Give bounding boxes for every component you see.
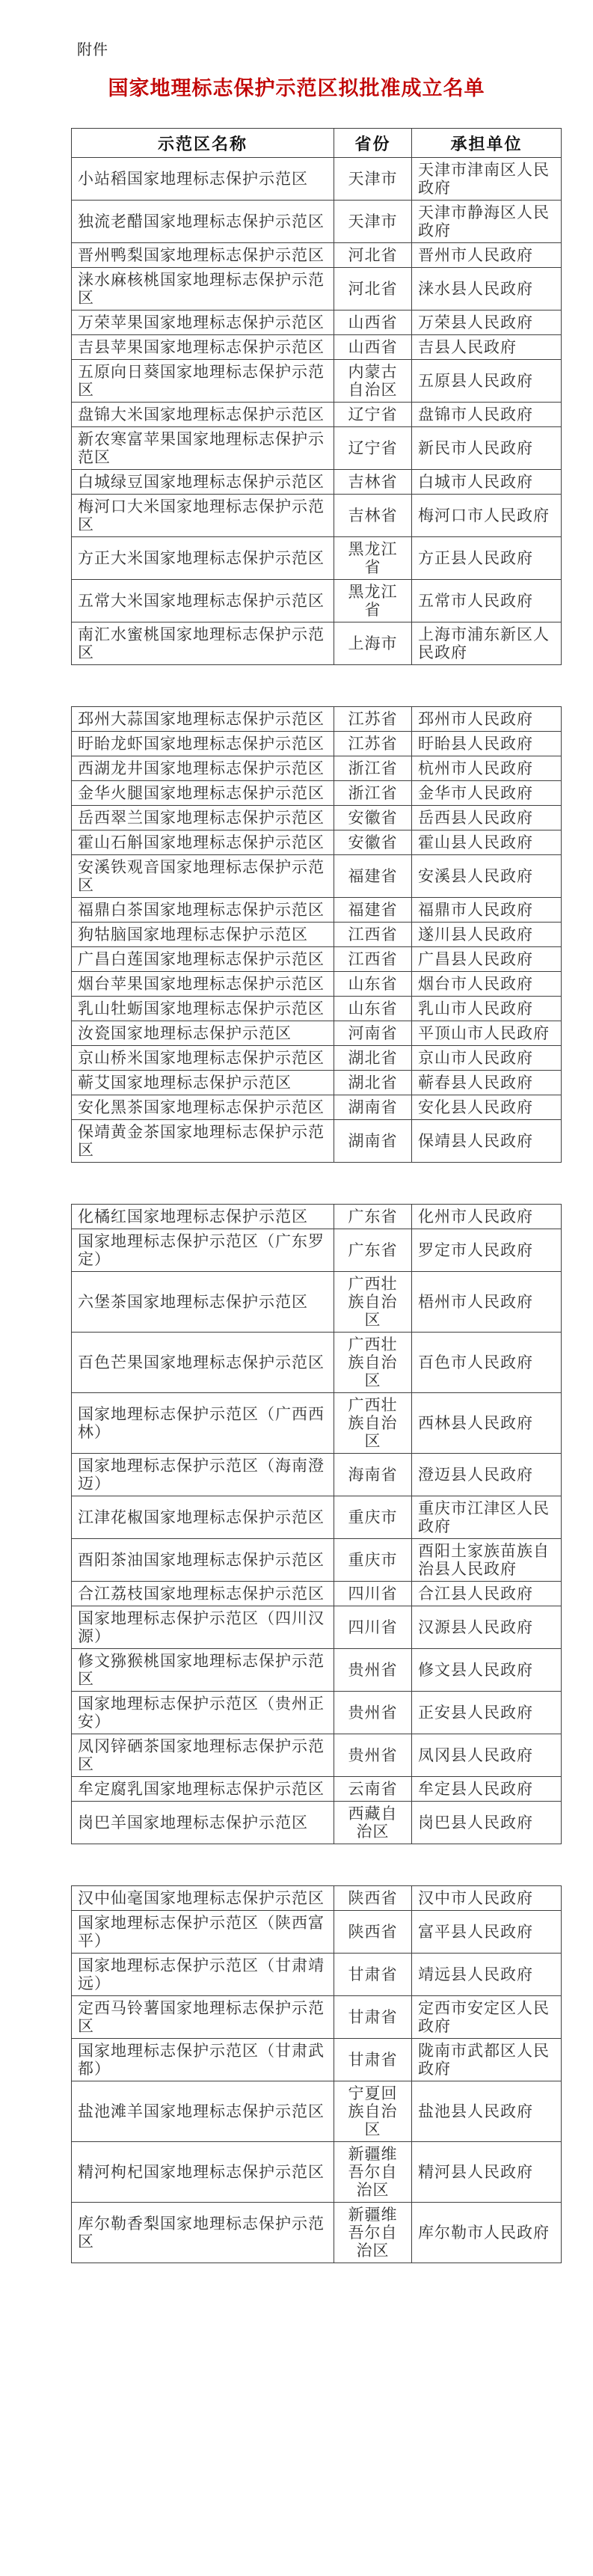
province-cell: 甘肃省 [334,2039,412,2081]
province-cell: 广西壮族自治区 [334,1272,412,1333]
table-row: 西湖龙井国家地理标志保护示范区浙江省杭州市人民政府 [72,756,562,781]
unit-cell: 酉阳土家族苗族自治县人民政府 [412,1539,562,1582]
province-cell: 河南省 [334,1021,412,1046]
table-row: 盐池滩羊国家地理标志保护示范区宁夏回族自治区盐池县人民政府 [72,2081,562,2142]
province-cell: 黑龙江省 [334,537,412,580]
province-cell: 湖北省 [334,1046,412,1071]
province-cell: 四川省 [334,1582,412,1606]
zone-name-cell: 独流老醋国家地理标志保护示范区 [72,201,334,243]
zone-name-cell: 国家地理标志保护示范区（四川汉源） [72,1606,334,1649]
unit-cell: 平顶山市人民政府 [412,1021,562,1046]
zone-name-cell: 国家地理标志保护示范区（甘肃武都） [72,2039,334,2081]
province-cell: 宁夏回族自治区 [334,2081,412,2142]
unit-cell: 百色市人民政府 [412,1333,562,1393]
table-row: 六堡茶国家地理标志保护示范区广西壮族自治区梧州市人民政府 [72,1272,562,1333]
zone-name-cell: 安溪铁观音国家地理标志保护示范区 [72,855,334,898]
province-cell: 吉林省 [334,470,412,495]
unit-cell: 修文县人民政府 [412,1649,562,1692]
table-row: 涞水麻核桃国家地理标志保护示范区河北省涞水县人民政府 [72,268,562,310]
table-row: 安溪铁观音国家地理标志保护示范区福建省安溪县人民政府 [72,855,562,898]
zone-name-cell: 晋州鸭梨国家地理标志保护示范区 [72,243,334,268]
table-row: 方正大米国家地理标志保护示范区黑龙江省方正县人民政府 [72,537,562,580]
unit-cell: 汉源县人民政府 [412,1606,562,1649]
unit-cell: 杭州市人民政府 [412,756,562,781]
table-row: 小站稻国家地理标志保护示范区天津市天津市津南区人民政府 [72,158,562,201]
zone-name-cell: 白城绿豆国家地理标志保护示范区 [72,470,334,495]
unit-cell: 合江县人民政府 [412,1582,562,1606]
unit-cell: 牟定县人民政府 [412,1777,562,1802]
unit-cell: 保靖县人民政府 [412,1120,562,1163]
unit-cell: 汉中市人民政府 [412,1886,562,1911]
table-row: 盱眙龙虾国家地理标志保护示范区江苏省盱眙县人民政府 [72,732,562,756]
table-row: 凤冈锌硒茶国家地理标志保护示范区贵州省凤冈县人民政府 [72,1734,562,1777]
province-cell: 辽宁省 [334,427,412,470]
province-cell: 贵州省 [334,1734,412,1777]
province-cell: 福建省 [334,898,412,923]
table-row: 乳山牡蛎国家地理标志保护示范区山东省乳山市人民政府 [72,997,562,1021]
zone-name-cell: 修文猕猴桃国家地理标志保护示范区 [72,1649,334,1692]
table-row: 国家地理标志保护示范区（贵州正安）贵州省正安县人民政府 [72,1692,562,1734]
zone-name-cell: 京山桥米国家地理标志保护示范区 [72,1046,334,1071]
province-cell: 河北省 [334,243,412,268]
zone-name-cell: 酉阳茶油国家地理标志保护示范区 [72,1539,334,1582]
zone-name-cell: 国家地理标志保护示范区（甘肃靖远） [72,1954,334,1996]
province-cell: 贵州省 [334,1692,412,1734]
province-cell: 重庆市 [334,1539,412,1582]
unit-cell: 正安县人民政府 [412,1692,562,1734]
unit-cell: 梅河口市人民政府 [412,495,562,537]
province-cell: 甘肃省 [334,1954,412,1996]
province-cell: 湖南省 [334,1120,412,1163]
province-cell: 辽宁省 [334,403,412,427]
unit-cell: 精河县人民政府 [412,2142,562,2203]
unit-cell: 万荣县人民政府 [412,310,562,335]
unit-cell: 靖远县人民政府 [412,1954,562,1996]
province-cell: 云南省 [334,1777,412,1802]
unit-cell: 盐池县人民政府 [412,2081,562,2142]
zone-name-cell: 汝瓷国家地理标志保护示范区 [72,1021,334,1046]
unit-cell: 白城市人民政府 [412,470,562,495]
unit-cell: 凤冈县人民政府 [412,1734,562,1777]
zone-name-cell: 五原向日葵国家地理标志保护示范区 [72,360,334,403]
table-row: 福鼎白茶国家地理标志保护示范区福建省福鼎市人民政府 [72,898,562,923]
unit-cell: 五常市人民政府 [412,580,562,622]
zone-name-cell: 国家地理标志保护示范区（贵州正安） [72,1692,334,1734]
zone-name-cell: 五常大米国家地理标志保护示范区 [72,580,334,622]
province-cell: 新疆维吾尔自治区 [334,2142,412,2203]
table-row: 酉阳茶油国家地理标志保护示范区重庆市酉阳土家族苗族自治县人民政府 [72,1539,562,1582]
zone-name-cell: 安化黑茶国家地理标志保护示范区 [72,1095,334,1120]
table-row: 吉县苹果国家地理标志保护示范区山西省吉县人民政府 [72,335,562,360]
zone-name-cell: 蕲艾国家地理标志保护示范区 [72,1071,334,1095]
unit-cell: 吉县人民政府 [412,335,562,360]
province-cell: 江苏省 [334,732,412,756]
table-row: 广昌白莲国家地理标志保护示范区江西省广昌县人民政府 [72,947,562,972]
table-row: 化橘红国家地理标志保护示范区广东省化州市人民政府 [72,1205,562,1229]
province-cell: 新疆维吾尔自治区 [334,2203,412,2263]
zone-name-column-header: 示范区名称 [72,129,334,158]
zone-name-cell: 乳山牡蛎国家地理标志保护示范区 [72,997,334,1021]
unit-cell: 岗巴县人民政府 [412,1802,562,1844]
unit-cell: 天津市津南区人民政府 [412,158,562,201]
table-row: 南汇水蜜桃国家地理标志保护示范区上海市上海市浦东新区人民政府 [72,622,562,665]
unit-cell: 晋州市人民政府 [412,243,562,268]
table-row: 国家地理标志保护示范区（海南澄迈）海南省澄迈县人民政府 [72,1454,562,1496]
zone-name-cell: 岳西翠兰国家地理标志保护示范区 [72,806,334,830]
province-cell: 江西省 [334,947,412,972]
province-cell: 广西壮族自治区 [334,1333,412,1393]
province-cell: 黑龙江省 [334,580,412,622]
zone-name-cell: 广昌白莲国家地理标志保护示范区 [72,947,334,972]
table-row: 国家地理标志保护示范区（广西西林）广西壮族自治区西林县人民政府 [72,1393,562,1454]
zone-name-cell: 烟台苹果国家地理标志保护示范区 [72,972,334,997]
zone-name-cell: 小站稻国家地理标志保护示范区 [72,158,334,201]
province-cell: 广西壮族自治区 [334,1393,412,1454]
province-cell: 广东省 [334,1229,412,1272]
unit-cell: 福鼎市人民政府 [412,898,562,923]
province-cell: 山西省 [334,335,412,360]
unit-cell: 罗定市人民政府 [412,1229,562,1272]
province-cell: 山东省 [334,972,412,997]
unit-cell: 岳西县人民政府 [412,806,562,830]
province-cell: 山东省 [334,997,412,1021]
unit-cell: 天津市静海区人民政府 [412,201,562,243]
province-cell: 西藏自治区 [334,1802,412,1844]
unit-cell: 盘锦市人民政府 [412,403,562,427]
table-row: 独流老醋国家地理标志保护示范区天津市天津市静海区人民政府 [72,201,562,243]
zone-name-cell: 吉县苹果国家地理标志保护示范区 [72,335,334,360]
table-row: 晋州鸭梨国家地理标志保护示范区河北省晋州市人民政府 [72,243,562,268]
table-row: 岳西翠兰国家地理标志保护示范区安徽省岳西县人民政府 [72,806,562,830]
zone-name-cell: 国家地理标志保护示范区（海南澄迈） [72,1454,334,1496]
zone-name-cell: 凤冈锌硒茶国家地理标志保护示范区 [72,1734,334,1777]
province-cell: 甘肃省 [334,1996,412,2039]
province-cell: 天津市 [334,158,412,201]
province-cell: 河北省 [334,268,412,310]
province-cell: 重庆市 [334,1496,412,1539]
table-row: 保靖黄金茶国家地理标志保护示范区湖南省保靖县人民政府 [72,1120,562,1163]
unit-cell: 金华市人民政府 [412,781,562,806]
zone-name-cell: 岗巴羊国家地理标志保护示范区 [72,1802,334,1844]
gi-table-part-2: 邳州大蒜国家地理标志保护示范区江苏省邳州市人民政府盱眙龙虾国家地理标志保护示范区… [71,706,562,1163]
table-row: 狗牯脑国家地理标志保护示范区江西省遂川县人民政府 [72,923,562,947]
unit-cell: 库尔勒市人民政府 [412,2203,562,2263]
table-sections: 示范区名称省份承担单位小站稻国家地理标志保护示范区天津市天津市津南区人民政府独流… [0,128,593,2263]
table-row: 合江荔枝国家地理标志保护示范区四川省合江县人民政府 [72,1582,562,1606]
zone-name-cell: 精河枸杞国家地理标志保护示范区 [72,2142,334,2203]
unit-cell: 盱眙县人民政府 [412,732,562,756]
zone-name-cell: 梅河口大米国家地理标志保护示范区 [72,495,334,537]
zone-name-cell: 化橘红国家地理标志保护示范区 [72,1205,334,1229]
unit-cell: 霍山县人民政府 [412,830,562,855]
province-cell: 湖南省 [334,1095,412,1120]
unit-cell: 定西市安定区人民政府 [412,1996,562,2039]
province-column-header: 省份 [334,129,412,158]
zone-name-cell: 合江荔枝国家地理标志保护示范区 [72,1582,334,1606]
zone-name-cell: 方正大米国家地理标志保护示范区 [72,537,334,580]
table-row: 修文猕猴桃国家地理标志保护示范区贵州省修文县人民政府 [72,1649,562,1692]
table-row: 五原向日葵国家地理标志保护示范区内蒙古自治区五原县人民政府 [72,360,562,403]
table-row: 岗巴羊国家地理标志保护示范区西藏自治区岗巴县人民政府 [72,1802,562,1844]
zone-name-cell: 盘锦大米国家地理标志保护示范区 [72,403,334,427]
province-cell: 广东省 [334,1205,412,1229]
table-row: 汉中仙毫国家地理标志保护示范区陕西省汉中市人民政府 [72,1886,562,1911]
zone-name-cell: 万荣苹果国家地理标志保护示范区 [72,310,334,335]
zone-name-cell: 牟定腐乳国家地理标志保护示范区 [72,1777,334,1802]
unit-column-header: 承担单位 [412,129,562,158]
table-row: 邳州大蒜国家地理标志保护示范区江苏省邳州市人民政府 [72,707,562,732]
unit-cell: 重庆市江津区人民政府 [412,1496,562,1539]
table-row: 白城绿豆国家地理标志保护示范区吉林省白城市人民政府 [72,470,562,495]
table-row: 国家地理标志保护示范区（陕西富平）陕西省富平县人民政府 [72,1911,562,1954]
table-row: 五常大米国家地理标志保护示范区黑龙江省五常市人民政府 [72,580,562,622]
zone-name-cell: 库尔勒香梨国家地理标志保护示范区 [72,2203,334,2263]
zone-name-cell: 金华火腿国家地理标志保护示范区 [72,781,334,806]
table-row: 安化黑茶国家地理标志保护示范区湖南省安化县人民政府 [72,1095,562,1120]
table-row: 国家地理标志保护示范区（甘肃武都）甘肃省陇南市武都区人民政府 [72,2039,562,2081]
zone-name-cell: 国家地理标志保护示范区（广西西林） [72,1393,334,1454]
table-row: 京山桥米国家地理标志保护示范区湖北省京山市人民政府 [72,1046,562,1071]
unit-cell: 澄迈县人民政府 [412,1454,562,1496]
province-cell: 浙江省 [334,781,412,806]
zone-name-cell: 涞水麻核桃国家地理标志保护示范区 [72,268,334,310]
table-row: 精河枸杞国家地理标志保护示范区新疆维吾尔自治区精河县人民政府 [72,2142,562,2203]
province-cell: 上海市 [334,622,412,665]
table-row: 霍山石斛国家地理标志保护示范区安徽省霍山县人民政府 [72,830,562,855]
table-row: 国家地理标志保护示范区（甘肃靖远）甘肃省靖远县人民政府 [72,1954,562,1996]
document-page: 附件 国家地理标志保护示范区拟批准成立名单 示范区名称省份承担单位小站稻国家地理… [0,0,593,2263]
unit-cell: 邳州市人民政府 [412,707,562,732]
zone-name-cell: 南汇水蜜桃国家地理标志保护示范区 [72,622,334,665]
zone-name-cell: 六堡茶国家地理标志保护示范区 [72,1272,334,1333]
table-header-row: 示范区名称省份承担单位 [72,129,562,158]
unit-cell: 涞水县人民政府 [412,268,562,310]
unit-cell: 化州市人民政府 [412,1205,562,1229]
zone-name-cell: 福鼎白茶国家地理标志保护示范区 [72,898,334,923]
table-row: 汝瓷国家地理标志保护示范区河南省平顶山市人民政府 [72,1021,562,1046]
province-cell: 陕西省 [334,1886,412,1911]
unit-cell: 烟台市人民政府 [412,972,562,997]
zone-name-cell: 邳州大蒜国家地理标志保护示范区 [72,707,334,732]
province-cell: 江西省 [334,923,412,947]
province-cell: 浙江省 [334,756,412,781]
unit-cell: 乳山市人民政府 [412,997,562,1021]
province-cell: 陕西省 [334,1911,412,1954]
unit-cell: 富平县人民政府 [412,1911,562,1954]
table-row: 金华火腿国家地理标志保护示范区浙江省金华市人民政府 [72,781,562,806]
province-cell: 安徽省 [334,806,412,830]
gi-table-part-1: 示范区名称省份承担单位小站稻国家地理标志保护示范区天津市天津市津南区人民政府独流… [71,128,562,665]
unit-cell: 上海市浦东新区人民政府 [412,622,562,665]
unit-cell: 方正县人民政府 [412,537,562,580]
table-row: 百色芒果国家地理标志保护示范区广西壮族自治区百色市人民政府 [72,1333,562,1393]
table-row: 蕲艾国家地理标志保护示范区湖北省蕲春县人民政府 [72,1071,562,1095]
attachment-label: 附件 [77,0,593,59]
unit-cell: 蕲春县人民政府 [412,1071,562,1095]
province-cell: 福建省 [334,855,412,898]
table-row: 牟定腐乳国家地理标志保护示范区云南省牟定县人民政府 [72,1777,562,1802]
table-row: 盘锦大米国家地理标志保护示范区辽宁省盘锦市人民政府 [72,403,562,427]
table-row: 万荣苹果国家地理标志保护示范区山西省万荣县人民政府 [72,310,562,335]
province-cell: 山西省 [334,310,412,335]
zone-name-cell: 江津花椒国家地理标志保护示范区 [72,1496,334,1539]
unit-cell: 遂川县人民政府 [412,923,562,947]
table-row: 梅河口大米国家地理标志保护示范区吉林省梅河口市人民政府 [72,495,562,537]
table-row: 新农寒富苹果国家地理标志保护示范区辽宁省新民市人民政府 [72,427,562,470]
zone-name-cell: 新农寒富苹果国家地理标志保护示范区 [72,427,334,470]
zone-name-cell: 霍山石斛国家地理标志保护示范区 [72,830,334,855]
zone-name-cell: 百色芒果国家地理标志保护示范区 [72,1333,334,1393]
table-row: 库尔勒香梨国家地理标志保护示范区新疆维吾尔自治区库尔勒市人民政府 [72,2203,562,2263]
unit-cell: 梧州市人民政府 [412,1272,562,1333]
gi-table-part-4: 汉中仙毫国家地理标志保护示范区陕西省汉中市人民政府国家地理标志保护示范区（陕西富… [71,1885,562,2263]
province-cell: 内蒙古自治区 [334,360,412,403]
zone-name-cell: 西湖龙井国家地理标志保护示范区 [72,756,334,781]
province-cell: 江苏省 [334,707,412,732]
province-cell: 贵州省 [334,1649,412,1692]
table-row: 国家地理标志保护示范区（四川汉源）四川省汉源县人民政府 [72,1606,562,1649]
zone-name-cell: 定西马铃薯国家地理标志保护示范区 [72,1996,334,2039]
province-cell: 海南省 [334,1454,412,1496]
unit-cell: 西林县人民政府 [412,1393,562,1454]
zone-name-cell: 狗牯脑国家地理标志保护示范区 [72,923,334,947]
unit-cell: 广昌县人民政府 [412,947,562,972]
table-row: 江津花椒国家地理标志保护示范区重庆市重庆市江津区人民政府 [72,1496,562,1539]
zone-name-cell: 汉中仙毫国家地理标志保护示范区 [72,1886,334,1911]
unit-cell: 京山市人民政府 [412,1046,562,1071]
zone-name-cell: 保靖黄金茶国家地理标志保护示范区 [72,1120,334,1163]
unit-cell: 新民市人民政府 [412,427,562,470]
unit-cell: 安溪县人民政府 [412,855,562,898]
table-row: 烟台苹果国家地理标志保护示范区山东省烟台市人民政府 [72,972,562,997]
table-row: 国家地理标志保护示范区（广东罗定）广东省罗定市人民政府 [72,1229,562,1272]
province-cell: 安徽省 [334,830,412,855]
zone-name-cell: 盱眙龙虾国家地理标志保护示范区 [72,732,334,756]
page-title: 国家地理标志保护示范区拟批准成立名单 [0,72,593,101]
zone-name-cell: 国家地理标志保护示范区（陕西富平） [72,1911,334,1954]
unit-cell: 陇南市武都区人民政府 [412,2039,562,2081]
zone-name-cell: 国家地理标志保护示范区（广东罗定） [72,1229,334,1272]
zone-name-cell: 盐池滩羊国家地理标志保护示范区 [72,2081,334,2142]
gi-table-part-3: 化橘红国家地理标志保护示范区广东省化州市人民政府国家地理标志保护示范区（广东罗定… [71,1204,562,1844]
unit-cell: 安化县人民政府 [412,1095,562,1120]
province-cell: 天津市 [334,201,412,243]
province-cell: 湖北省 [334,1071,412,1095]
province-cell: 四川省 [334,1606,412,1649]
province-cell: 吉林省 [334,495,412,537]
unit-cell: 五原县人民政府 [412,360,562,403]
table-row: 定西马铃薯国家地理标志保护示范区甘肃省定西市安定区人民政府 [72,1996,562,2039]
